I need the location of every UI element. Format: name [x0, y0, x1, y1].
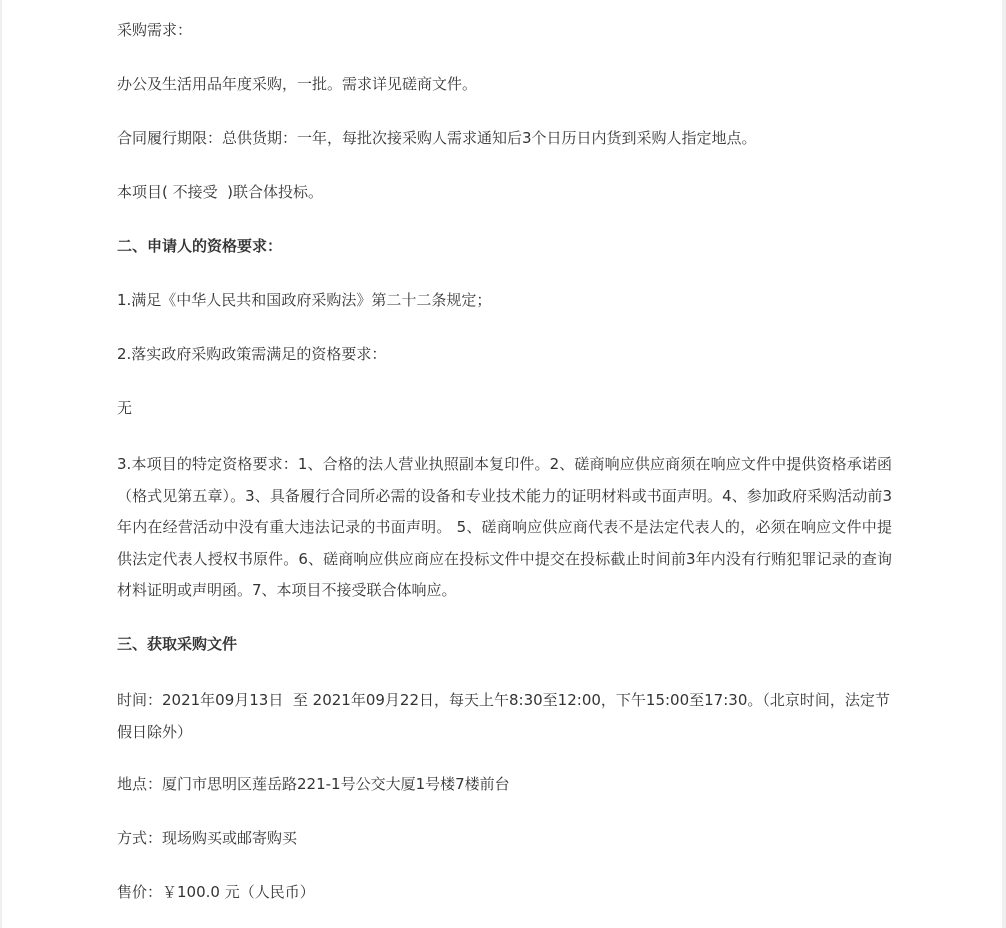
qualification-item-1: 1.满足《中华人民共和国政府采购法》第二十二条规定；	[117, 287, 491, 314]
procurement-requirement-desc: 办公及生活用品年度采购，一批。需求详见磋商文件。	[117, 71, 477, 98]
obtain-price: 售价：￥100.0 元（人民币）	[117, 879, 315, 906]
qualification-item-2-value: 无	[117, 395, 132, 422]
obtain-time: 时间：2021年09月13日 至 2021年09月22日，每天上午8:30至12…	[117, 685, 892, 748]
obtain-place: 地点：厦门市思明区莲岳路221-1号公交大厦1号楼7楼前台	[117, 771, 510, 798]
consortium-bidding: 本项目( 不接受 )联合体投标。	[117, 179, 323, 206]
section-obtain-docs-heading: 三、获取采购文件	[117, 631, 237, 658]
qualification-item-2: 2.落实政府采购政策需满足的资格要求：	[117, 341, 386, 368]
procurement-requirement-label: 采购需求：	[117, 17, 192, 44]
page-edge-right	[1002, 0, 1006, 928]
section-qualification-heading: 二、申请人的资格要求：	[117, 233, 282, 260]
contract-period: 合同履行期限：总供货期：一年，每批次接采购人需求通知后3个日历日内货到采购人指定…	[117, 125, 757, 152]
page-edge-left	[0, 0, 2, 928]
obtain-method: 方式：现场购买或邮寄购买	[117, 825, 297, 852]
qualification-item-3: 3.本项目的特定资格要求：1、合格的法人营业执照副本复印件。2、磋商响应供应商须…	[117, 449, 892, 607]
